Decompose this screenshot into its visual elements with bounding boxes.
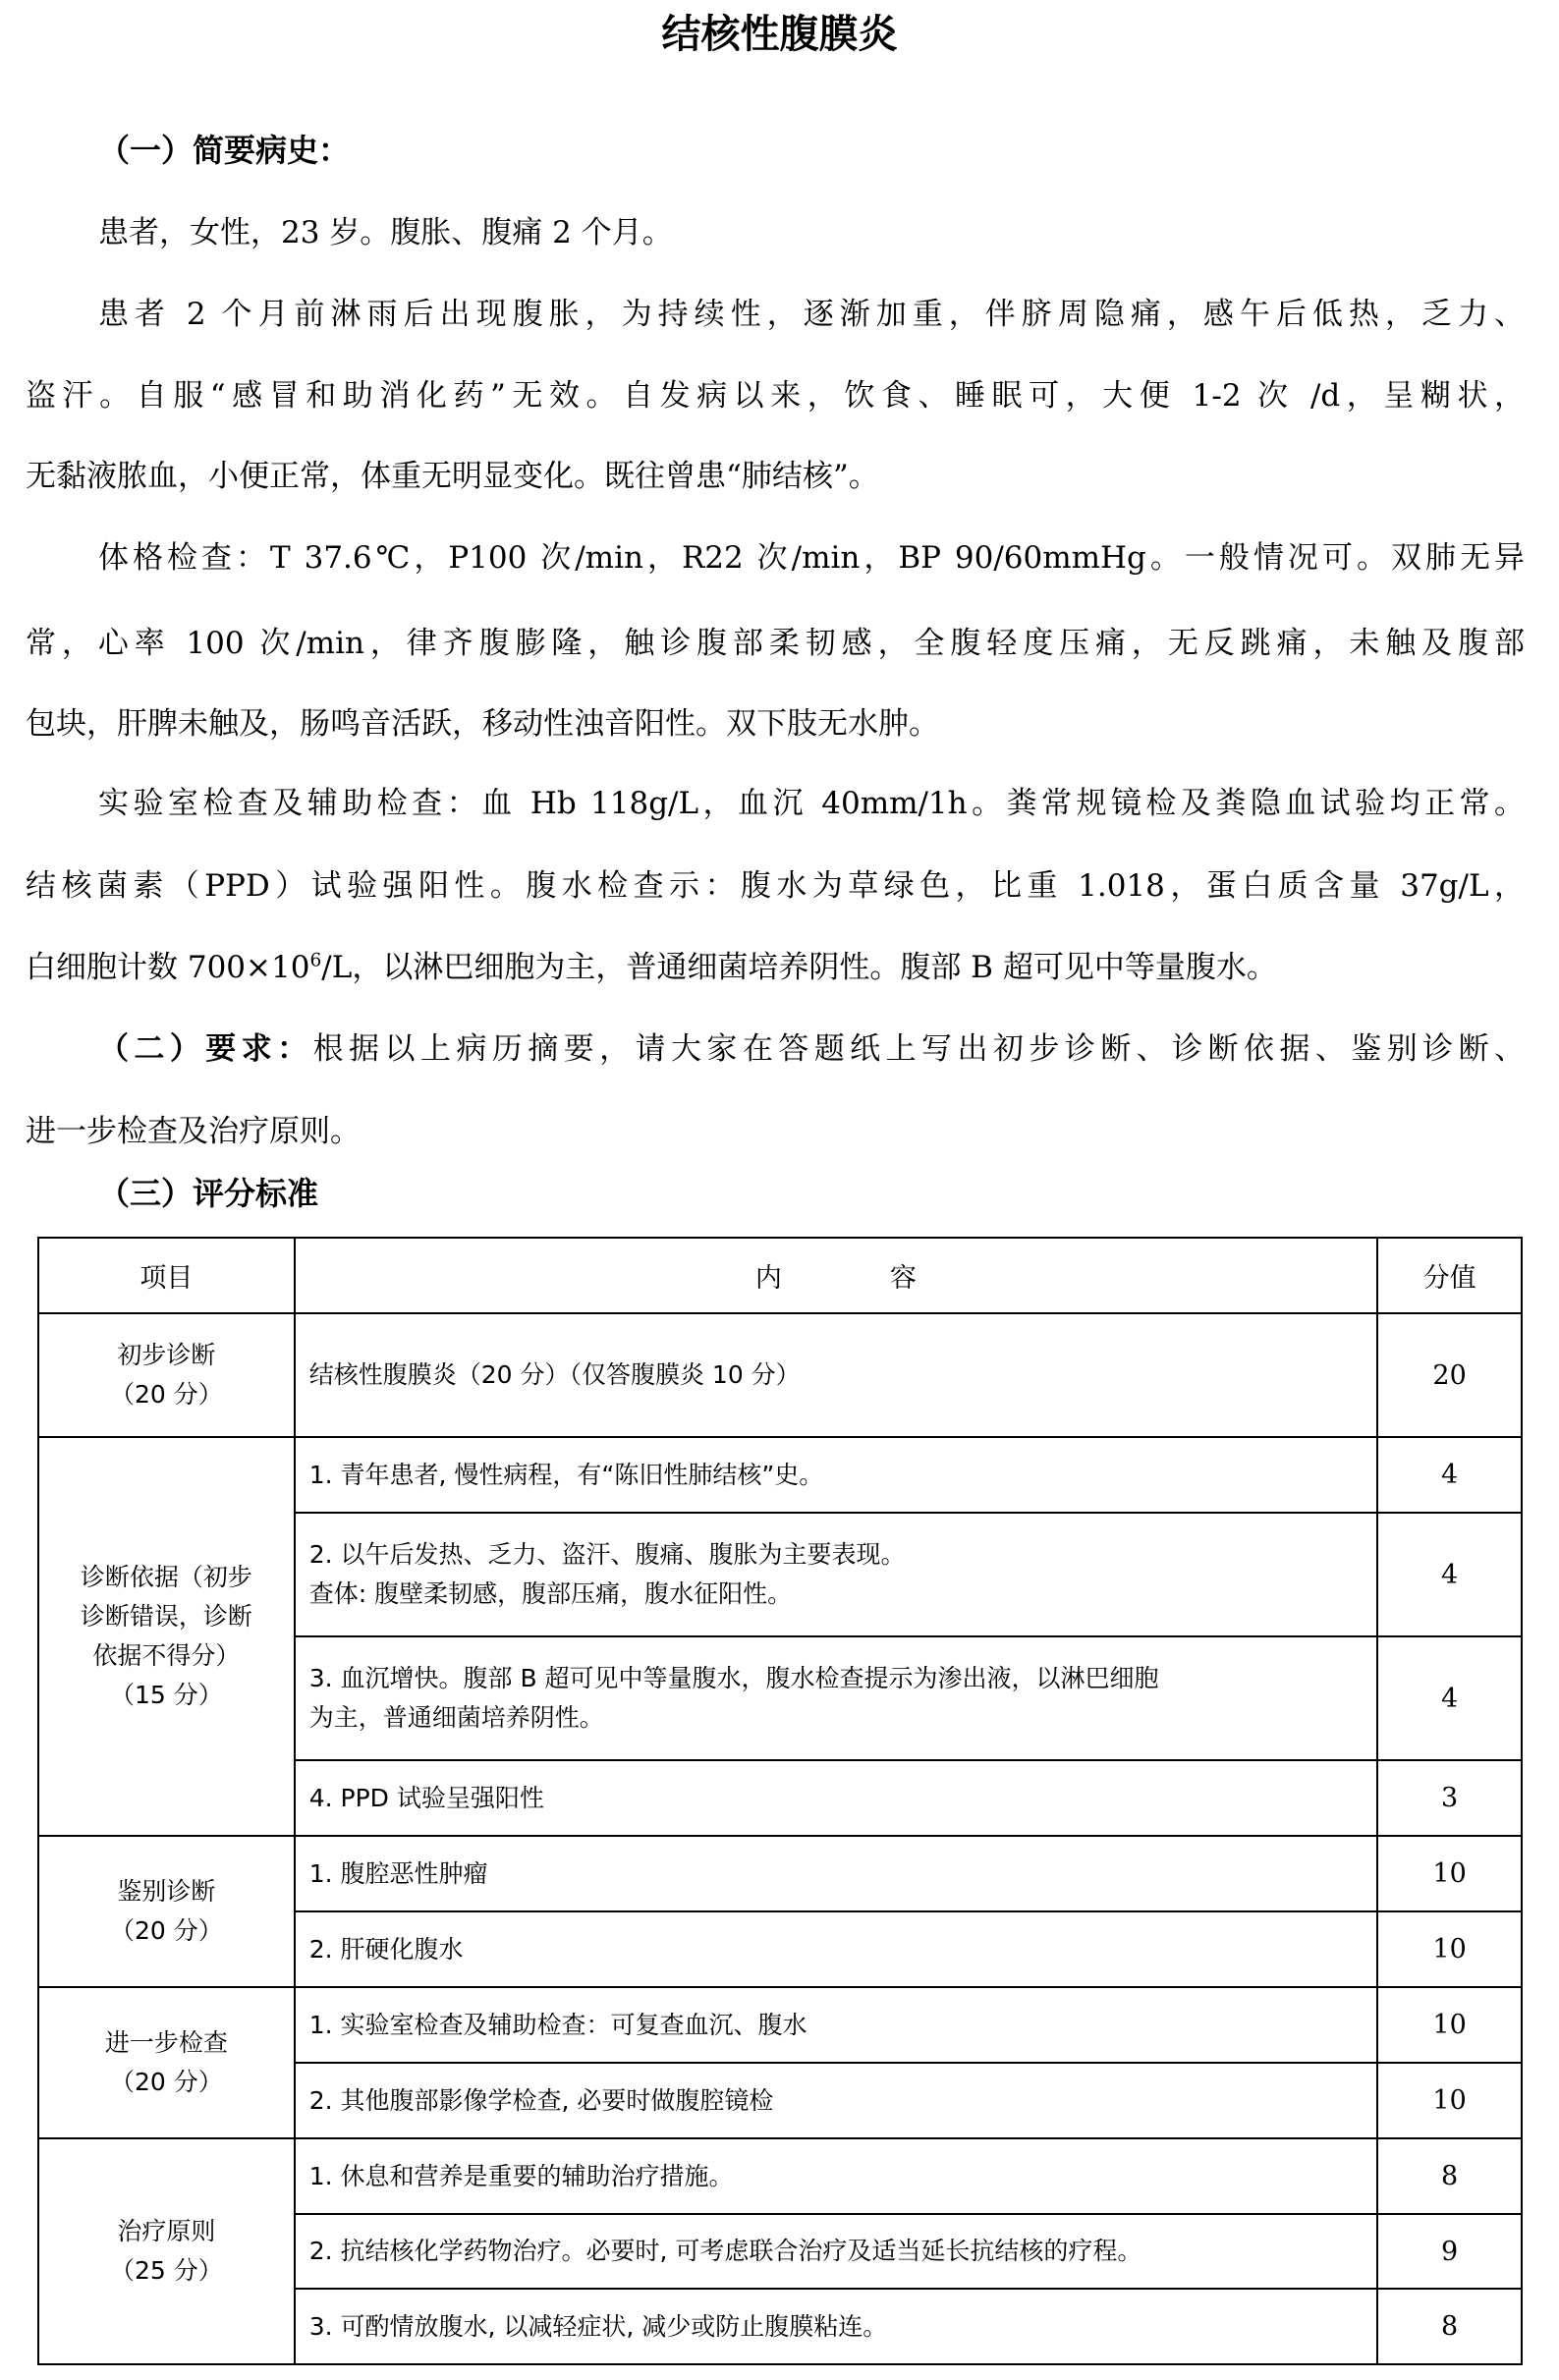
category-points: （15 分） bbox=[47, 1676, 286, 1715]
section-heading-scoring: （三）评分标准 bbox=[98, 1174, 318, 1213]
content-cell: 4. PPD 试验呈强阳性 bbox=[295, 1760, 1377, 1836]
content-cell: 2. 以午后发热、乏力、盗汗、腹痛、腹胀为主要表现。查体: 腹壁柔韧感，腹部压痛… bbox=[295, 1513, 1377, 1636]
content-cell: 1. 休息和营养是重要的辅助治疗措施。 bbox=[295, 2138, 1377, 2214]
content-cell: 2. 抗结核化学药物治疗。必要时, 可考虑联合治疗及适当延长抗结核的疗程。 bbox=[295, 2214, 1377, 2289]
content-cell: 2. 肝硬化腹水 bbox=[295, 1911, 1377, 1987]
score-cell: 10 bbox=[1377, 1987, 1522, 2063]
section-heading-history: （一）简要病史： bbox=[98, 131, 350, 170]
category-points: （25 分） bbox=[47, 2251, 286, 2291]
table-header-row: 项目 内容 分值 bbox=[38, 1238, 1522, 1313]
content-text: 查体: 腹壁柔韧感，腹部压痛，腹水征阳性。 bbox=[309, 1575, 1368, 1614]
category-points: （20 分） bbox=[47, 1375, 286, 1414]
requirement-line: （二）要求：根据以上病历摘要，请大家在答题纸上写出初步诊断、诊断依据、鉴别诊断、 bbox=[98, 1029, 1525, 1069]
wbc-exponent: 6 bbox=[309, 951, 321, 971]
category-points: （20 分） bbox=[47, 1911, 286, 1951]
score-cell: 4 bbox=[1377, 1513, 1522, 1636]
header-content-char: 内 bbox=[755, 1263, 782, 1294]
content-cell: 1. 青年患者, 慢性病程，有“陈旧性肺结核”史。 bbox=[295, 1437, 1377, 1513]
section-heading-requirement: （二）要求： bbox=[98, 1031, 313, 1067]
lab-paragraph-line: 实验室检查及辅助检查：血 Hb 118g/L，血沉 40mm/1h。粪常规镜检及… bbox=[98, 784, 1525, 823]
content-text: 1. 青年患者, 慢性病程，有“陈旧性肺结核”史。 bbox=[309, 1456, 1368, 1495]
content-text: 结核性腹膜炎（20 分）（仅答腹膜炎 10 分） bbox=[309, 1356, 1368, 1395]
history-paragraph-line: 患者 2 个月前淋雨后出现腹胀，为持续性，逐渐加重，伴脐周隐痛，感午后低热，乏力… bbox=[98, 295, 1525, 334]
category-cell: 进一步检查（20 分） bbox=[38, 1987, 295, 2138]
header-content-char: 容 bbox=[890, 1263, 917, 1294]
requirement-line-2: 进一步检查及治疗原则。 bbox=[26, 1112, 1525, 1151]
score-cell: 3 bbox=[1377, 1760, 1522, 1836]
table-row: 诊断依据（初步诊断错误，诊断依据不得分）（15 分） 1. 青年患者, 慢性病程… bbox=[38, 1437, 1522, 1513]
score-cell: 4 bbox=[1377, 1636, 1522, 1760]
requirement-text: 根据以上病历摘要，请大家在答题纸上写出初步诊断、诊断依据、鉴别诊断、 bbox=[313, 1031, 1525, 1067]
lab-paragraph-line: 结核菌素（PPD）试验强阳性。腹水检查示：腹水为草绿色，比重 1.018，蛋白质… bbox=[26, 866, 1525, 906]
category-label: 初步诊断 bbox=[47, 1336, 286, 1375]
category-cell: 治疗原则（25 分） bbox=[38, 2138, 295, 2364]
score-cell: 8 bbox=[1377, 2138, 1522, 2214]
category-cell: 鉴别诊断（20 分） bbox=[38, 1836, 295, 1987]
wbc-count: 白细胞计数 700×10 bbox=[26, 950, 309, 985]
content-text: 2. 肝硬化腹水 bbox=[309, 1930, 1368, 1969]
content-text: 3. 可酌情放腹水, 以减轻症状, 减少或防止腹膜粘连。 bbox=[309, 2307, 1368, 2347]
score-cell: 8 bbox=[1377, 2289, 1522, 2364]
content-cell: 3. 可酌情放腹水, 以减轻症状, 减少或防止腹膜粘连。 bbox=[295, 2289, 1377, 2364]
score-cell: 4 bbox=[1377, 1437, 1522, 1513]
category-label: 鉴别诊断 bbox=[47, 1872, 286, 1911]
wbc-unit: /L， bbox=[321, 950, 382, 985]
content-text: 1. 休息和营养是重要的辅助治疗措施。 bbox=[309, 2157, 1368, 2196]
lab-findings-tail: 以淋巴细胞为主，普通细菌培养阴性。腹部 B 超可见中等量腹水。 bbox=[382, 950, 1277, 985]
table-row: 进一步检查（20 分） 1. 实验室检查及辅助检查：可复查血沉、腹水 10 bbox=[38, 1987, 1522, 2063]
content-cell: 1. 腹腔恶性肿瘤 bbox=[295, 1836, 1377, 1911]
content-cell: 3. 血沉增快。腹部 B 超可见中等量腹水，腹水检查提示为渗出液，以淋巴细胞为主… bbox=[295, 1636, 1377, 1760]
content-cell: 2. 其他腹部影像学检查, 必要时做腹腔镜检 bbox=[295, 2063, 1377, 2138]
category-cell: 诊断依据（初步诊断错误，诊断依据不得分）（15 分） bbox=[38, 1437, 295, 1836]
exam-paragraph-line: 常，心率 100 次/min，律齐腹膨隆，触诊腹部柔韧感，全腹轻度压痛，无反跳痛… bbox=[26, 624, 1525, 663]
document-title: 结核性腹膜炎 bbox=[0, 12, 1559, 57]
content-text: 3. 血沉增快。腹部 B 超可见中等量腹水，腹水检查提示为渗出液，以淋巴细胞 bbox=[309, 1659, 1368, 1698]
table-row: 初步诊断（20 分） 结核性腹膜炎（20 分）（仅答腹膜炎 10 分） 20 bbox=[38, 1313, 1522, 1437]
table-row: 鉴别诊断（20 分） 1. 腹腔恶性肿瘤 10 bbox=[38, 1836, 1522, 1911]
content-text: 2. 其他腹部影像学检查, 必要时做腹腔镜检 bbox=[309, 2081, 1368, 2121]
category-cell: 初步诊断（20 分） bbox=[38, 1313, 295, 1437]
category-points: （20 分） bbox=[47, 2063, 286, 2102]
content-text: 2. 以午后发热、乏力、盗汗、腹痛、腹胀为主要表现。 bbox=[309, 1535, 1368, 1575]
content-text: 1. 实验室检查及辅助检查：可复查血沉、腹水 bbox=[309, 2006, 1368, 2045]
score-cell: 10 bbox=[1377, 1911, 1522, 1987]
content-text: 2. 抗结核化学药物治疗。必要时, 可考虑联合治疗及适当延长抗结核的疗程。 bbox=[309, 2232, 1368, 2271]
content-cell: 1. 实验室检查及辅助检查：可复查血沉、腹水 bbox=[295, 1987, 1377, 2063]
category-label: 进一步检查 bbox=[47, 2023, 286, 2063]
history-chief-complaint: 患者，女性，23 岁。腹胀、腹痛 2 个月。 bbox=[98, 213, 1525, 252]
header-content: 内容 bbox=[295, 1238, 1377, 1313]
table-row: 治疗原则（25 分） 1. 休息和营养是重要的辅助治疗措施。 8 bbox=[38, 2138, 1522, 2214]
lab-paragraph-line: 白细胞计数 700×106/L，以淋巴细胞为主，普通细菌培养阴性。腹部 B 超可… bbox=[26, 948, 1525, 987]
header-item: 项目 bbox=[38, 1238, 295, 1313]
content-text: 4. PPD 试验呈强阳性 bbox=[309, 1779, 1368, 1818]
header-score: 分值 bbox=[1377, 1238, 1522, 1313]
exam-paragraph-line: 体格检查：T 37.6℃，P100 次/min，R22 次/min，BP 90/… bbox=[98, 538, 1525, 578]
history-paragraph-line: 无黏液脓血，小便正常，体重无明显变化。既往曾患“肺结核”。 bbox=[26, 457, 1525, 496]
content-text: 为主，普通细菌培养阴性。 bbox=[309, 1698, 1368, 1738]
score-cell: 10 bbox=[1377, 2063, 1522, 2138]
score-cell: 9 bbox=[1377, 2214, 1522, 2289]
exam-paragraph-line: 包块，肝脾未触及，肠鸣音活跃，移动性浊音阳性。双下肢无水肿。 bbox=[26, 704, 1525, 744]
category-label: 治疗原则 bbox=[47, 2212, 286, 2251]
scoring-table: 项目 内容 分值 初步诊断（20 分） 结核性腹膜炎（20 分）（仅答腹膜炎 1… bbox=[37, 1237, 1523, 2365]
content-text: 1. 腹腔恶性肿瘤 bbox=[309, 1854, 1368, 1894]
history-paragraph-line: 盗汗。自服“感冒和助消化药”无效。自发病以来，饮食、睡眠可，大便 1-2 次 /… bbox=[26, 376, 1525, 415]
score-cell: 20 bbox=[1377, 1313, 1522, 1437]
category-label: 依据不得分） bbox=[47, 1636, 286, 1676]
category-label: 诊断依据（初步 bbox=[47, 1558, 286, 1597]
score-cell: 10 bbox=[1377, 1836, 1522, 1911]
content-cell: 结核性腹膜炎（20 分）（仅答腹膜炎 10 分） bbox=[295, 1313, 1377, 1437]
category-label: 诊断错误，诊断 bbox=[47, 1597, 286, 1636]
